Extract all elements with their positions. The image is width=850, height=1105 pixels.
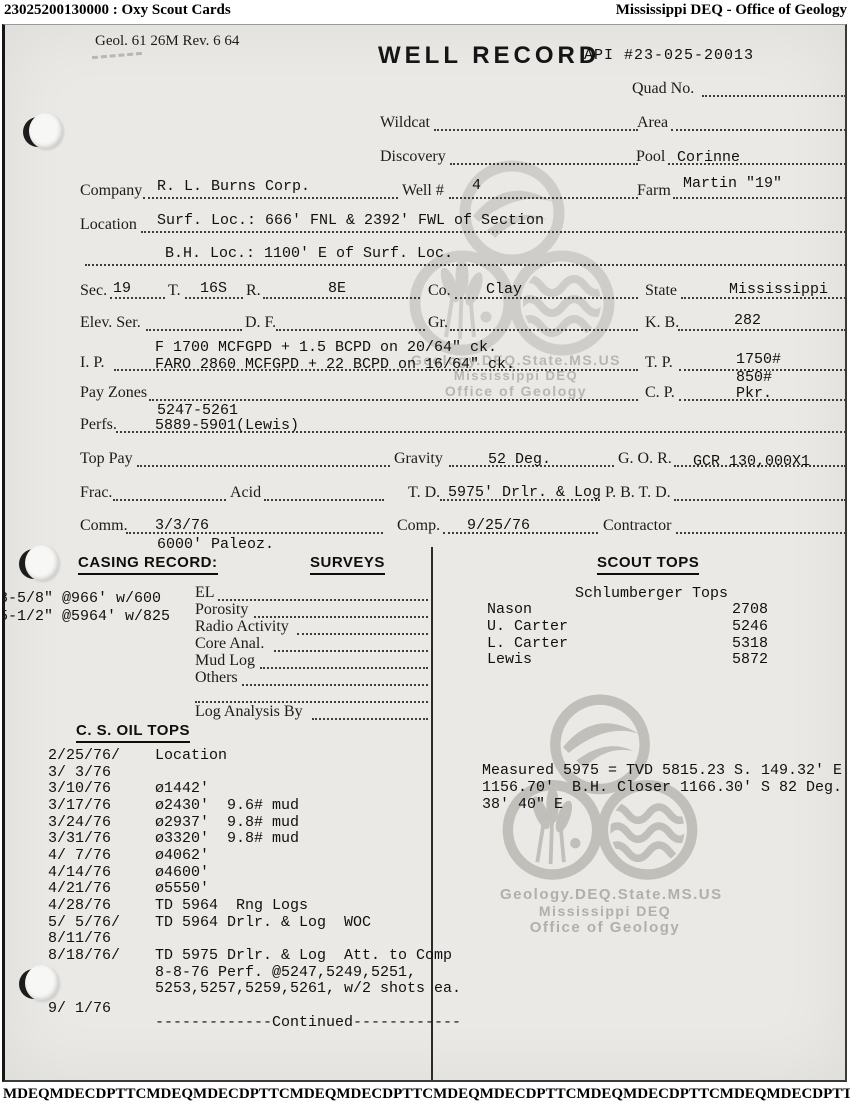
oil-top-date: 3/10/76 — [48, 780, 111, 797]
footer-token: PTTC — [680, 1086, 720, 1105]
footer-token: MDEQ — [720, 1086, 767, 1105]
footer-token: MDECD — [50, 1086, 107, 1105]
oil-top-date: 3/24/76 — [48, 814, 111, 831]
scout-top-name: Lewis — [487, 651, 532, 668]
scanned-card: Geology.DEQ.State.MS.US Mississippi DEQ … — [2, 24, 847, 1082]
well-number-label: Well # — [402, 182, 444, 200]
cp-label: C. P. — [645, 384, 675, 402]
dotted-leader — [674, 499, 846, 501]
tp-value1: 1750# — [736, 351, 781, 368]
oil-top-detail: TD 5964 Drlr. & Log WOC — [155, 914, 371, 931]
oil-top-detail: ø2937' 9.8# mud — [155, 814, 299, 831]
footer-token: MDEQ — [146, 1086, 193, 1105]
dotted-leader — [218, 599, 428, 601]
footer-token: PTTC — [393, 1086, 433, 1105]
oil-top-date: 3/31/76 — [48, 830, 111, 847]
footer-token: MDEQ — [3, 1086, 50, 1105]
dotted-leader — [673, 197, 846, 199]
gravity-label: Gravity — [394, 450, 443, 468]
oil-top-detail: ø4062' — [155, 847, 209, 864]
gor-value: GCR 130,000X1 — [693, 453, 810, 470]
range-value: 8E — [328, 280, 346, 297]
paleoz-note: 6000' Paleoz. — [157, 536, 274, 553]
hole-punch-core — [25, 545, 59, 581]
agency-name: Mississippi DEQ - Office of Geology — [616, 2, 847, 19]
commenced-label: Comm. — [80, 517, 128, 535]
kb-value: 282 — [734, 312, 761, 329]
scan-content: Geology.DEQ.State.MS.US Mississippi DEQ … — [2, 24, 847, 1082]
footer-token: MDEQ — [576, 1086, 623, 1105]
frac-label: Frac. — [80, 484, 112, 502]
continued-note: -------------Continued------------ — [155, 1014, 461, 1031]
dotted-leader — [702, 95, 846, 97]
oil-top-date: 8/11/76 — [48, 930, 111, 947]
hole-punch — [19, 545, 59, 583]
dotted-leader — [678, 329, 846, 331]
survey-item: Others — [195, 669, 238, 687]
oil-top-detail: 5253,5257,5259,5261, w/2 shots ea. — [155, 980, 461, 997]
scout-top-depth: 5872 — [732, 651, 768, 668]
casing-line-2: 5-1/2" @5964' w/825 — [2, 608, 170, 625]
dotted-leader — [450, 329, 638, 331]
kb-label: K. B. — [645, 314, 679, 332]
dotted-leader — [146, 329, 242, 331]
measured-note-line2: 1156.70' B.H. Closer 1166.30' S 82 Deg. — [482, 779, 842, 796]
tp-label: T. P. — [645, 354, 673, 372]
ground-label: Gr. — [428, 314, 448, 332]
footer-token: MDECD — [336, 1086, 393, 1105]
survey-item: Mud Log — [195, 652, 255, 670]
dotted-leader — [274, 650, 428, 652]
oil-top-detail: ø5550' — [155, 880, 209, 897]
footer-token: MDECD — [766, 1086, 823, 1105]
oil-top-detail: ø1442' — [155, 780, 209, 797]
dotted-leader — [110, 297, 165, 299]
footer-token: MDECD — [193, 1086, 250, 1105]
bh-location-value: B.H. Loc.: 1100' E of Surf. Loc. — [165, 245, 453, 262]
dotted-leader — [242, 684, 428, 686]
measured-note-line1: Measured 5975 = TVD 5815.23 S. 149.32' E — [482, 762, 842, 779]
completed-label: Comp. — [397, 517, 440, 535]
dotted-leader — [137, 465, 390, 467]
footer-token: MDECD — [480, 1086, 537, 1105]
scout-top-name: U. Carter — [487, 618, 568, 635]
page-title: WELL RECORD — [378, 42, 600, 70]
oil-top-detail: 8-8-76 Perf. @5247,5249,5251, — [155, 964, 416, 981]
scout-tops-subheading: Schlumberger Tops — [575, 585, 728, 602]
oil-top-date: 8/18/76/ — [48, 947, 120, 964]
commenced-value: 3/3/76 — [155, 517, 209, 534]
casing-line-1: 8-5/8" @966' w/600 — [2, 590, 161, 607]
state-label: State — [645, 282, 677, 300]
dotted-leader — [141, 231, 846, 233]
gravity-value: 52 Deg. — [488, 451, 551, 468]
wildcat-label: Wildcat — [380, 114, 430, 132]
td-label: T. D. — [408, 484, 440, 502]
watermark-office: Office of Geology — [406, 383, 626, 399]
dotted-leader — [264, 499, 384, 501]
document-id: 23025200130000 : Oxy Scout Cards — [4, 2, 231, 19]
footer-token: PTTC — [823, 1086, 850, 1105]
oil-top-detail: ø4600' — [155, 864, 209, 881]
survey-item: EL — [195, 584, 215, 602]
oil-top-date: 3/17/76 — [48, 797, 111, 814]
oil-tops-heading: C. S. OIL TOPS — [76, 722, 190, 743]
oil-top-detail: TD 5964 Rng Logs — [155, 897, 308, 914]
measured-note-line3: 38' 40" E — [482, 796, 563, 813]
quad-label: Quad No. — [632, 80, 694, 98]
range-label: R. — [246, 282, 261, 300]
company-label: Company — [80, 182, 142, 200]
survey-item: Porosity — [195, 601, 248, 619]
ip-label: I. P. — [80, 354, 104, 372]
farm-label: Farm — [637, 182, 671, 200]
oil-top-date: 4/21/76 — [48, 880, 111, 897]
county-label: Co. — [428, 282, 451, 300]
dotted-leader — [450, 163, 638, 165]
scout-top-name: L. Carter — [487, 635, 568, 652]
api-number: API #23-025-20013 — [584, 47, 754, 64]
area-label: Area — [637, 114, 668, 132]
footer-token: MDEQ — [433, 1086, 480, 1105]
oil-top-date: 4/ 7/76 — [48, 847, 111, 864]
township-value: 16S — [200, 280, 227, 297]
smudge-mark — [92, 52, 142, 59]
footer-bar: MDEQ MDECD PTTC MDEQ MDECD PTTC MDEQ MDE… — [0, 1086, 850, 1105]
oil-top-date: 4/14/76 — [48, 864, 111, 881]
well-number-value: 4 — [472, 177, 481, 194]
pool-label: Pool — [636, 148, 665, 166]
dotted-leader — [143, 197, 398, 199]
township-label: T. — [168, 282, 181, 300]
oil-top-detail: Location — [155, 747, 227, 764]
column-divider — [431, 547, 433, 1082]
scout-top-depth: 2708 — [732, 601, 768, 618]
oil-top-date: 2/25/76/ — [48, 747, 120, 764]
top-pay-label: Top Pay — [80, 450, 133, 468]
oil-top-detail: ø2430' 9.6# mud — [155, 797, 299, 814]
hole-punch — [23, 113, 63, 151]
county-value: Clay — [486, 281, 522, 298]
dotted-leader — [671, 129, 846, 131]
footer-token: PTTC — [250, 1086, 290, 1105]
oil-top-detail: ø3320' 9.8# mud — [155, 830, 299, 847]
footer-token: PTTC — [106, 1086, 146, 1105]
footer-token: MDEQ — [290, 1086, 337, 1105]
completed-value: 9/25/76 — [467, 517, 530, 534]
survey-item: Log Analysis By — [195, 703, 303, 721]
dotted-leader — [455, 297, 638, 299]
state-value: Mississippi — [729, 281, 828, 298]
form-revision: Geol. 61 26M Rev. 6 64 — [95, 33, 239, 50]
footer-token: MDECD — [623, 1086, 680, 1105]
pbtd-label: P. B. T. D. — [605, 484, 671, 502]
acid-label: Acid — [230, 484, 261, 502]
survey-item: Radio Activity — [195, 618, 289, 636]
dotted-leader — [297, 633, 428, 635]
dotted-leader — [114, 369, 638, 371]
dotted-leader — [263, 297, 420, 299]
watermark-office: Office of Geology — [500, 919, 710, 936]
scout-top-name: Nason — [487, 601, 532, 618]
top-bar: 23025200130000 : Oxy Scout Cards Mississ… — [0, 0, 850, 22]
watermark-text: Geology.DEQ.State.MS.US Mississippi DEQ … — [500, 886, 710, 936]
dotted-leader — [312, 718, 428, 720]
watermark-agency: Mississippi DEQ — [500, 903, 710, 919]
pool-value: Corinne — [677, 149, 740, 166]
elevation-label: Elev. Ser. — [80, 314, 141, 332]
watermark-url: Geology.DEQ.State.MS.US — [500, 886, 710, 903]
dotted-leader — [85, 264, 846, 266]
dotted-leader — [276, 329, 425, 331]
surveys-heading: SURVEYS — [310, 554, 385, 575]
cp-value: Pkr. — [736, 385, 772, 402]
dotted-leader — [676, 532, 846, 534]
discovery-label: Discovery — [380, 148, 446, 166]
footer-token: PTTC — [536, 1086, 576, 1105]
scout-top-depth: 5246 — [732, 618, 768, 635]
casing-record-heading: CASING RECORD: — [78, 554, 218, 575]
oil-top-date: 3/ 3/76 — [48, 764, 111, 781]
scout-top-depth: 5318 — [732, 635, 768, 652]
surface-location-value: Surf. Loc.: 666' FNL & 2392' FWL of Sect… — [157, 212, 544, 229]
derrick-floor-label: D. F. — [245, 314, 276, 332]
td-value: 5975' Drlr. & Log — [448, 484, 601, 501]
company-value: R. L. Burns Corp. — [157, 178, 310, 195]
perfs-value: 5889-5901(Lewis) — [155, 417, 299, 434]
scout-tops-heading: SCOUT TOPS — [597, 554, 699, 575]
dotted-leader — [185, 297, 243, 299]
location-label: Location — [80, 216, 137, 234]
dotted-leader — [434, 129, 638, 131]
hole-punch — [19, 965, 59, 1003]
oil-top-date: 9/ 1/76 — [48, 1000, 111, 1017]
dotted-leader — [149, 399, 638, 401]
sec-value: 19 — [113, 280, 131, 297]
dotted-leader — [260, 667, 428, 669]
hole-punch-core — [25, 965, 59, 1001]
dotted-leader — [449, 197, 638, 199]
oil-top-date: 5/ 5/76/ — [48, 914, 120, 931]
gor-label: G. O. R. — [618, 450, 672, 468]
ip-line1: F 1700 MCFGPD + 1.5 BCPD on 20/64" ck. — [155, 339, 497, 356]
farm-value: Martin "19" — [683, 175, 782, 192]
oil-top-detail: TD 5975 Drlr. & Log Att. to Comp — [155, 947, 452, 964]
hole-punch-core — [29, 113, 63, 149]
dotted-leader — [113, 499, 226, 501]
perfs-label: Perfs. — [80, 416, 117, 434]
tp-value2: 850# — [736, 369, 772, 386]
contractor-label: Contractor — [603, 517, 671, 535]
pay-zones-label: Pay Zones — [80, 384, 147, 402]
survey-item: Core Anal. — [195, 635, 264, 653]
oil-top-date: 4/28/76 — [48, 897, 111, 914]
sec-label: Sec. — [80, 282, 107, 300]
